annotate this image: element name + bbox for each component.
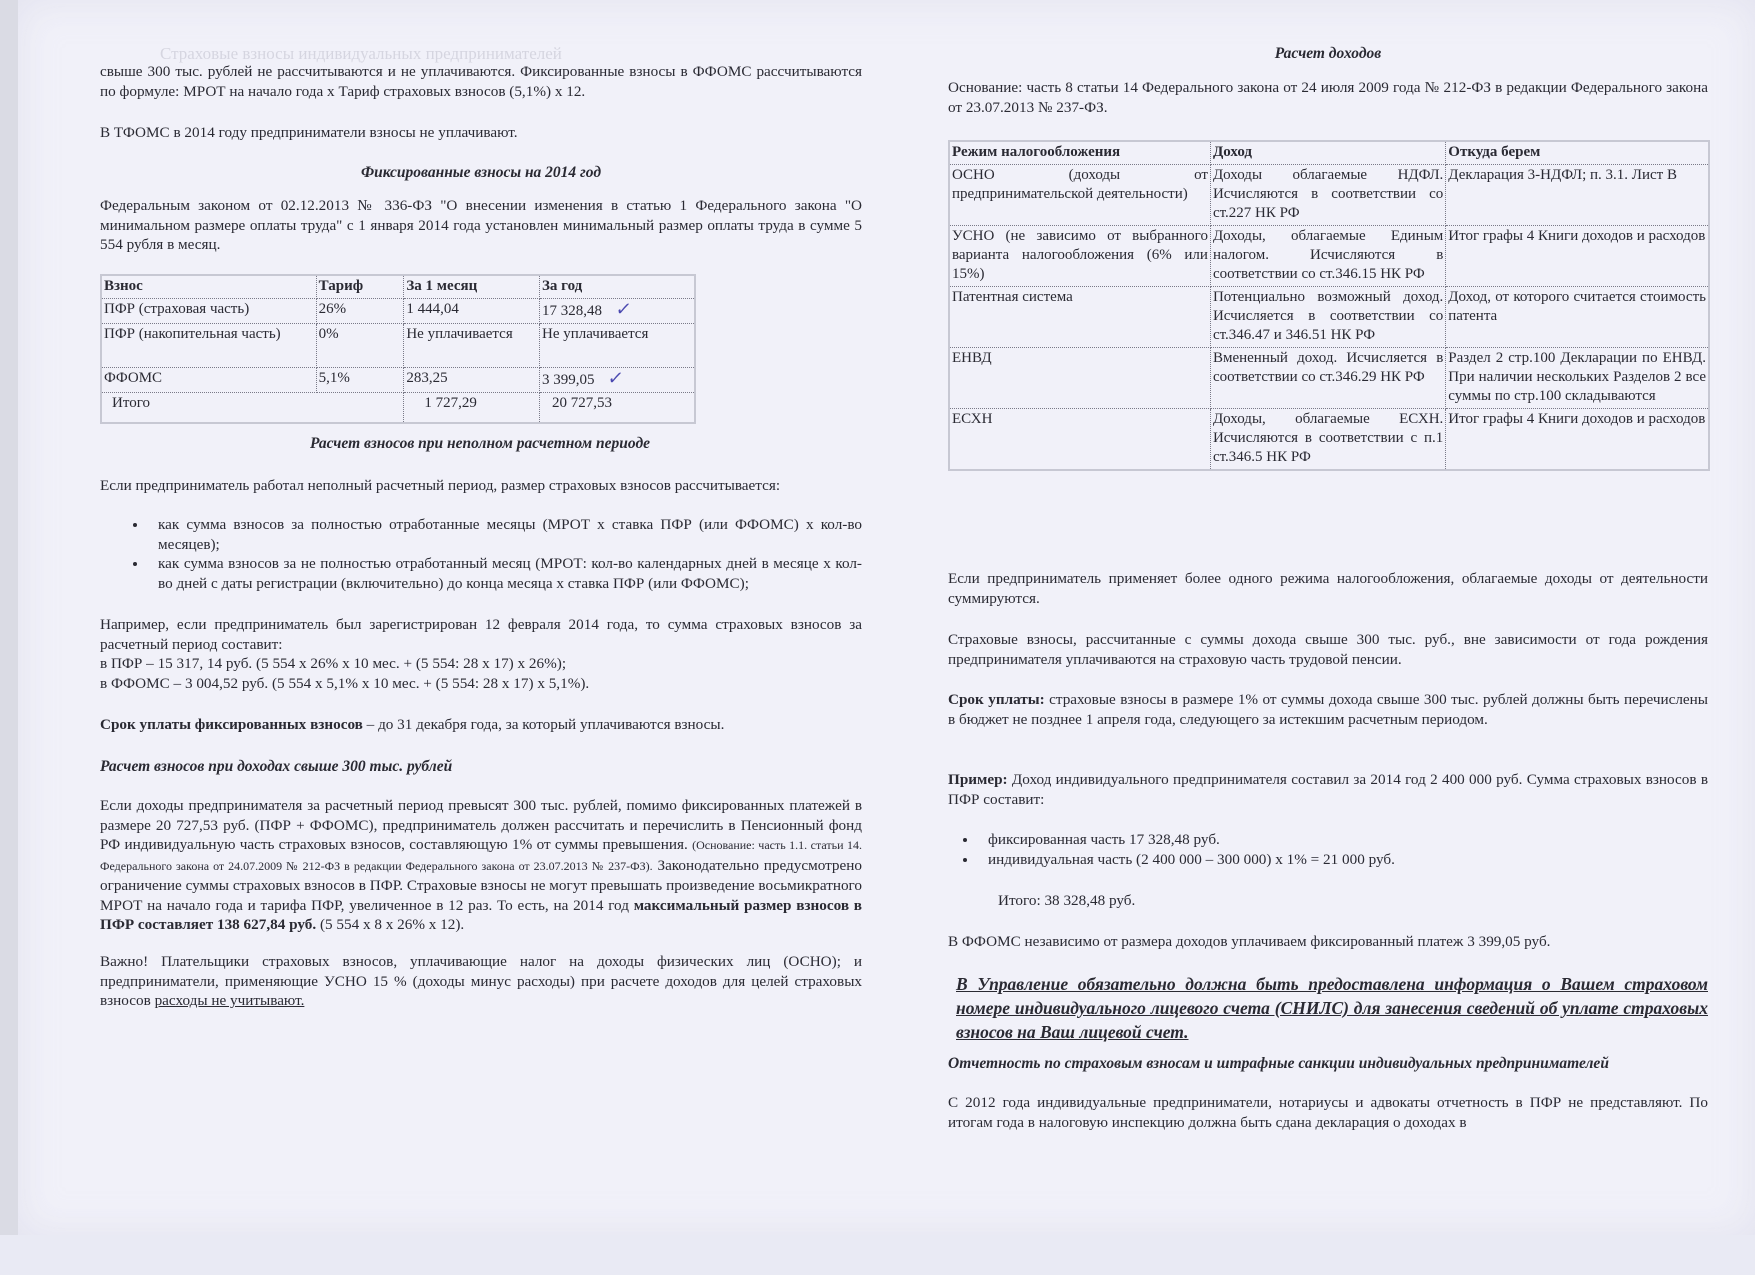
fixed-contributions-heading: Фиксированные взносы на 2014 год bbox=[100, 163, 862, 183]
example-bullet-list: фиксированная часть 17 328,48 руб. индив… bbox=[948, 830, 1678, 869]
cell-rate: 5,1% bbox=[316, 368, 404, 393]
table-header-row: Режим налогообложения Доход Откуда берем bbox=[949, 141, 1709, 165]
contributions-table: Взнос Тариф За 1 месяц За год ПФР (страх… bbox=[100, 274, 696, 424]
example-label: Пример: bbox=[948, 771, 1008, 788]
table-row: ЕСХН Доходы, облагаемые ЕСХН. Исчисляютс… bbox=[949, 409, 1709, 471]
example-total: Итого: 38 328,48 руб. bbox=[998, 891, 1135, 911]
table-total-row: Итого 1 727,29 20 727,53 bbox=[101, 393, 695, 423]
snils-notice: В Управление обязательно должна быть пре… bbox=[956, 972, 1708, 1044]
deadline-label: Срок уплаты: bbox=[948, 691, 1045, 708]
list-item: как сумма взносов за не полностью отрабо… bbox=[148, 554, 862, 593]
list-item: индивидуальная часть (2 400 000 – 300 00… bbox=[978, 850, 1678, 870]
total-label: Итого bbox=[101, 393, 404, 423]
intro-paragraph: свыше 300 тыс. рублей не рассчитываются … bbox=[100, 62, 862, 101]
reporting-text: С 2012 года индивидуальные предпринимате… bbox=[948, 1093, 1708, 1132]
scanner-edge bbox=[0, 0, 18, 1275]
cell-regime: ЕНВД bbox=[949, 348, 1210, 409]
example-paragraph: Пример: Доход индивидуального предприним… bbox=[948, 770, 1708, 809]
partial-bullet-list: как сумма взносов за полностью отработан… bbox=[100, 515, 862, 593]
cell-income: Доходы, облагаемые Единым налогом. Исчис… bbox=[1210, 226, 1445, 287]
table-row: ОСНО (доходы от предпринимательской деят… bbox=[949, 165, 1709, 226]
cell-income: Вмененный доход. Исчисляется в соответст… bbox=[1210, 348, 1445, 409]
important-paragraph: Важно! Плательщики страховых взносов, уп… bbox=[100, 952, 862, 1011]
cell-year: Не уплачивается bbox=[539, 324, 695, 368]
table-header-row: Взнос Тариф За 1 месяц За год bbox=[101, 275, 695, 299]
cell-income: Доходы, облагаемые ЕСХН. Исчисляются в с… bbox=[1210, 409, 1445, 471]
cell-regime: Патентная система bbox=[949, 287, 1210, 348]
multi-regime-note: Если предприниматель применяет более одн… bbox=[948, 569, 1708, 608]
income-table: Режим налогообложения Доход Откуда берем… bbox=[948, 140, 1710, 471]
header-rate: Тариф bbox=[316, 275, 404, 299]
deadline-text: страховые взносы в размере 1% от суммы д… bbox=[948, 691, 1708, 728]
cell-source: Раздел 2 стр.100 Декларации по ЕНВД. При… bbox=[1446, 348, 1709, 409]
cell-year: 17 328,48✓ bbox=[539, 299, 695, 324]
header-income: Доход bbox=[1210, 141, 1445, 165]
tfoms-note: В ТФОМС в 2014 году предприниматели взно… bbox=[100, 123, 518, 143]
example-text: Доход индивидуального предпринимателя со… bbox=[948, 771, 1708, 808]
cell-income: Доходы облагаемые НДФЛ. Исчисляются в со… bbox=[1210, 165, 1445, 226]
cell-regime: ЕСХН bbox=[949, 409, 1210, 471]
year-value: 17 328,48 bbox=[542, 303, 602, 319]
header-contribution: Взнос bbox=[101, 275, 316, 299]
cell-name: ФФОМС bbox=[101, 368, 316, 393]
cell-regime: УСНО (не зависимо от выбранного варианта… bbox=[949, 226, 1210, 287]
cell-source: Итог графы 4 Книги доходов и расходов bbox=[1446, 409, 1709, 471]
cell-rate: 0% bbox=[316, 324, 404, 368]
cell-source: Декларация 3-НДФЛ; п. 3.1. Лист В bbox=[1446, 165, 1709, 226]
reporting-heading: Отчетность по страховым взносам и штрафн… bbox=[948, 1054, 1609, 1074]
income-heading: Расчет доходов bbox=[948, 44, 1708, 64]
ffoms-note: В ФФОМС независимо от размера доходов уп… bbox=[948, 932, 1708, 952]
cell-name: ПФР (страховая часть) bbox=[101, 299, 316, 324]
over300-paragraph: Если доходы предпринимателя за расчетный… bbox=[100, 796, 862, 935]
cell-regime: ОСНО (доходы от предпринимательской деят… bbox=[949, 165, 1210, 226]
cell-name: ПФР (накопительная часть) bbox=[101, 324, 316, 368]
checkmark-icon: ✓ bbox=[607, 369, 625, 388]
deadline-paragraph: Срок уплаты фиксированных взносов – до 3… bbox=[100, 715, 862, 735]
max-formula: (5 554 х 8 х 26% х 12). bbox=[316, 916, 464, 933]
year-value: 3 399,05 bbox=[542, 372, 595, 388]
list-item: фиксированная часть 17 328,48 руб. bbox=[978, 830, 1678, 850]
table-row: ПФР (страховая часть) 26% 1 444,04 17 32… bbox=[101, 299, 695, 324]
list-item: как сумма взносов за полностью отработан… bbox=[148, 515, 862, 554]
table-row: Патентная система Потенциально возможный… bbox=[949, 287, 1709, 348]
deadline-text: – до 31 декабря года, за который уплачив… bbox=[363, 716, 725, 733]
total-month: 1 727,29 bbox=[404, 393, 540, 423]
header-month: За 1 месяц bbox=[404, 275, 540, 299]
over300-note: Страховые взносы, рассчитанные с суммы д… bbox=[948, 630, 1708, 669]
checkmark-icon: ✓ bbox=[614, 300, 632, 319]
cell-income: Потенциально возможный доход. Исчисляетс… bbox=[1210, 287, 1445, 348]
cell-month: 1 444,04 bbox=[404, 299, 540, 324]
cell-month: Не уплачивается bbox=[404, 324, 540, 368]
cell-year: 3 399,05✓ bbox=[539, 368, 695, 393]
example-ffoms: в ФФОМС – 3 004,52 руб. (5 554 х 5,1% х … bbox=[100, 674, 589, 694]
example-intro: Например, если предприниматель был зарег… bbox=[100, 615, 862, 654]
income-basis: Основание: часть 8 статьи 14 Федеральног… bbox=[948, 78, 1708, 117]
cell-month: 283,25 bbox=[404, 368, 540, 393]
bleed-through-heading: Страховые взносы индивидуальных предприн… bbox=[160, 44, 562, 64]
cell-rate: 26% bbox=[316, 299, 404, 324]
table-row: УСНО (не зависимо от выбранного варианта… bbox=[949, 226, 1709, 287]
header-regime: Режим налогообложения bbox=[949, 141, 1210, 165]
cell-source: Итог графы 4 Книги доходов и расходов bbox=[1446, 226, 1709, 287]
example-pfr: в ПФР – 15 317, 14 руб. (5 554 х 26% х 1… bbox=[100, 654, 566, 674]
scanner-bottom-margin bbox=[0, 1235, 1755, 1275]
header-year: За год bbox=[539, 275, 695, 299]
deadline-label: Срок уплаты фиксированных взносов bbox=[100, 716, 363, 733]
total-year: 20 727,53 bbox=[539, 393, 695, 423]
cell-source: Доход, от которого считается стоимость п… bbox=[1446, 287, 1709, 348]
partial-period-heading: Расчет взносов при неполном расчетном пе… bbox=[190, 434, 770, 454]
over300-heading: Расчет взносов при доходах свыше 300 тыс… bbox=[100, 757, 452, 777]
header-source: Откуда берем bbox=[1446, 141, 1709, 165]
payment-deadline: Срок уплаты: страховые взносы в размере … bbox=[948, 690, 1708, 729]
partial-intro: Если предприниматель работал неполный ра… bbox=[100, 476, 862, 496]
table-row: ПФР (накопительная часть) 0% Не уплачива… bbox=[101, 324, 695, 368]
table-row: ФФОМС 5,1% 283,25 3 399,05✓ bbox=[101, 368, 695, 393]
mrot-paragraph: Федеральным законом от 02.12.2013 № 336-… bbox=[100, 196, 862, 255]
table-row: ЕНВД Вмененный доход. Исчисляется в соот… bbox=[949, 348, 1709, 409]
important-underlined: расходы не учитывают. bbox=[155, 992, 305, 1009]
